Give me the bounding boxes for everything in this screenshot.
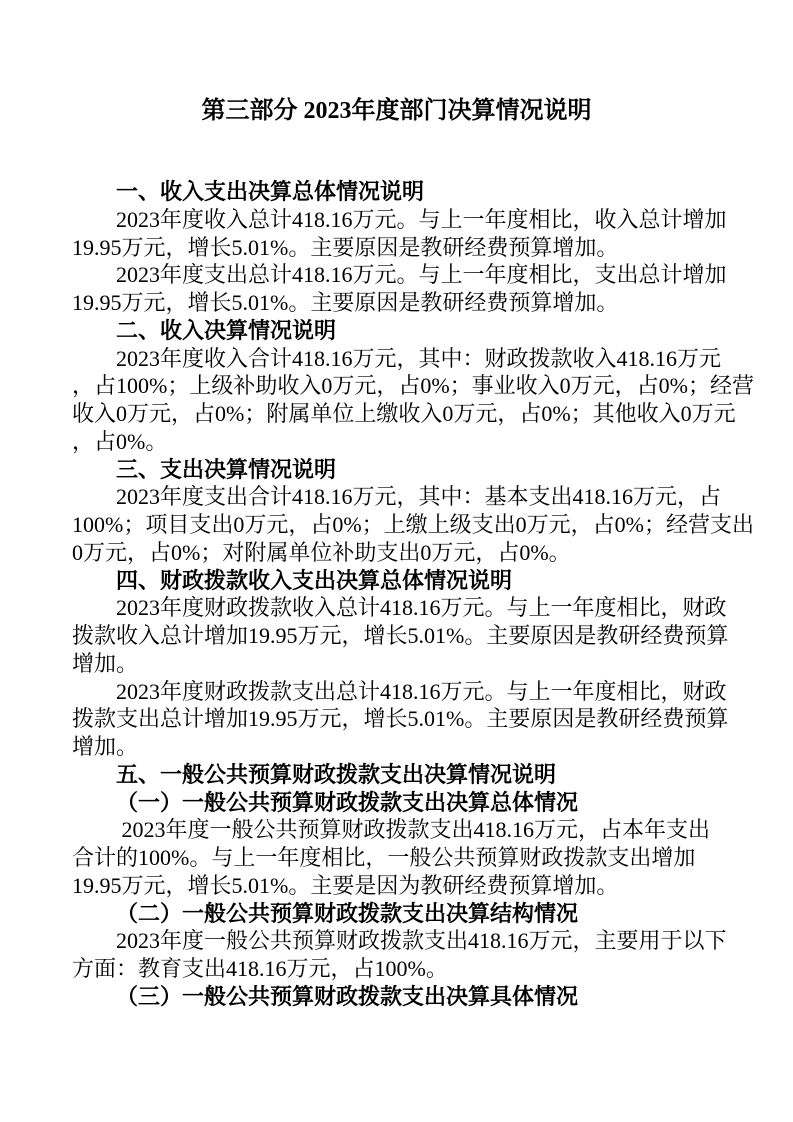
text-line: 二、收入决算情况说明	[72, 317, 724, 345]
text-line: 2023年度支出合计418.16万元，其中：基本支出418.16万元，占	[72, 483, 724, 511]
text-line: 2023年度财政拨款收入总计418.16万元。与上一年度相比，财政	[72, 594, 724, 622]
text-line: 0万元，占0%；对附属单位补助支出0万元，占0%。	[72, 539, 724, 567]
text-line: （三）一般公共预算财政拨款支出决算具体情况	[72, 983, 724, 1011]
text-line: （一）一般公共预算财政拨款支出决算总体情况	[72, 789, 724, 817]
text-line: 合计的100%。与上一年度相比，一般公共预算财政拨款支出增加	[72, 844, 724, 872]
document-body: 一、收入支出决算总体情况说明2023年度收入总计418.16万元。与上一年度相比…	[72, 178, 724, 1011]
text-line: 收入0万元，占0%；附属单位上缴收入0万元，占0%；其他收入0万元	[72, 400, 724, 428]
text-line: 2023年度收入合计418.16万元，其中：财政拨款收入418.16万元	[72, 345, 724, 373]
text-line: 2023年度财政拨款支出总计418.16万元。与上一年度相比，财政	[72, 678, 724, 706]
text-line: ，占100%；上级补助收入0万元，占0%；事业收入0万元，占0%；经营	[72, 372, 724, 400]
text-line: 拨款支出总计增加19.95万元，增长5.01%。主要原因是教研经费预算	[72, 705, 724, 733]
text-line: 拨款收入总计增加19.95万元，增长5.01%。主要原因是教研经费预算	[72, 622, 724, 650]
text-line: 2023年度一般公共预算财政拨款支出418.16万元，占本年支出	[72, 816, 724, 844]
text-line: 100%；项目支出0万元，占0%；上缴上级支出0万元，占0%；经营支出	[72, 511, 724, 539]
text-line: 2023年度支出总计418.16万元。与上一年度相比，支出总计增加	[72, 261, 724, 289]
text-line: 19.95万元，增长5.01%。主要是因为教研经费预算增加。	[72, 872, 724, 900]
text-line: 三、支出决算情况说明	[72, 456, 724, 484]
document-page: 第三部分 2023年度部门决算情况说明 一、收入支出决算总体情况说明2023年度…	[0, 0, 793, 1122]
text-line: 19.95万元，增长5.01%。主要原因是教研经费预算增加。	[72, 289, 724, 317]
text-line: （二）一般公共预算财政拨款支出决算结构情况	[72, 900, 724, 928]
text-line: ，占0%。	[72, 428, 724, 456]
document-title: 第三部分 2023年度部门决算情况说明	[0, 94, 793, 128]
text-line: 19.95万元，增长5.01%。主要原因是教研经费预算增加。	[72, 234, 724, 262]
text-line: 四、财政拨款收入支出决算总体情况说明	[72, 567, 724, 595]
text-line: 增加。	[72, 733, 724, 761]
text-line: 方面：教育支出418.16万元，占100%。	[72, 955, 724, 983]
text-line: 2023年度收入总计418.16万元。与上一年度相比，收入总计增加	[72, 206, 724, 234]
text-line: 增加。	[72, 650, 724, 678]
text-line: 2023年度一般公共预算财政拨款支出418.16万元，主要用于以下	[72, 927, 724, 955]
text-line: 一、收入支出决算总体情况说明	[72, 178, 724, 206]
text-line: 五、一般公共预算财政拨款支出决算情况说明	[72, 761, 724, 789]
